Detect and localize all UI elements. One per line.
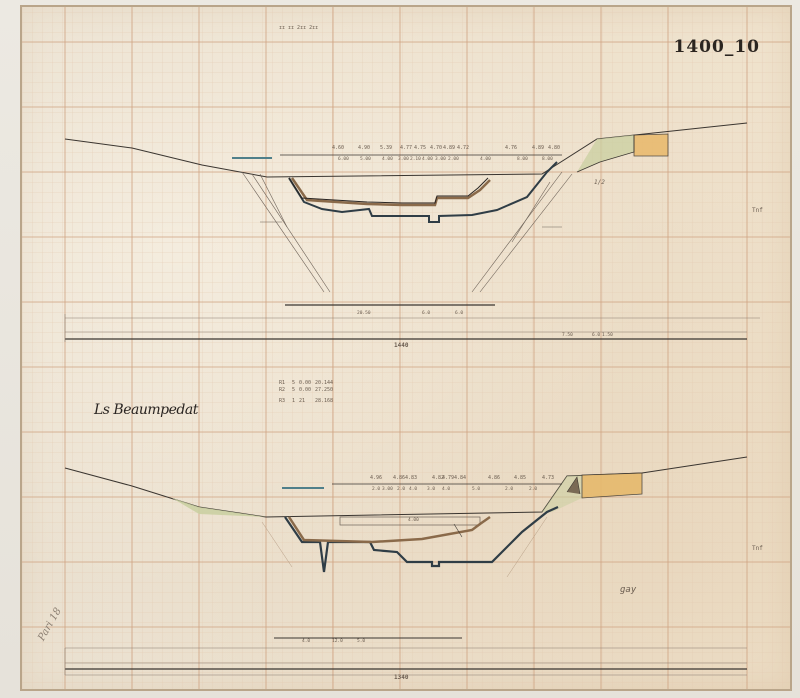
svg-text:6.0: 6.0 <box>422 310 430 316</box>
svg-text:4.89: 4.89 <box>532 145 544 151</box>
lower-side-label: Tnf <box>752 545 763 552</box>
svg-text:3.0: 3.0 <box>427 486 435 492</box>
svg-text:27.250: 27.250 <box>315 387 333 393</box>
svg-text:1.50: 1.50 <box>602 332 613 338</box>
svg-text:2.0: 2.0 <box>372 486 380 492</box>
sheet-number-stamp: 1400_10 <box>674 37 760 57</box>
svg-text:2.0: 2.0 <box>505 486 513 492</box>
svg-text:R1: R1 <box>279 380 285 386</box>
svg-text:4.0: 4.0 <box>442 486 450 492</box>
engineering-drawing: 4.60 4.90 5.39 4.77 4.75 4.70 4.89 4.72 … <box>22 7 790 689</box>
svg-text:2.00: 2.00 <box>448 156 459 162</box>
svg-text:7.50: 7.50 <box>562 332 573 338</box>
svg-text:4.60: 4.60 <box>332 145 344 151</box>
svg-text:4.80: 4.80 <box>548 145 560 151</box>
svg-text:8.00: 8.00 <box>542 156 553 162</box>
svg-text:20.50: 20.50 <box>357 310 371 316</box>
svg-text:4.00: 4.00 <box>480 156 491 162</box>
svg-text:4.85: 4.85 <box>514 475 526 481</box>
svg-text:3.00: 3.00 <box>382 486 393 492</box>
upper-segment-lengths: 6.00 5.00 4.00 3.00 2.10 4.00 3.00 2.00 … <box>338 156 553 162</box>
signature: Ls Beaumpedat <box>94 402 198 418</box>
svg-text:2.10: 2.10 <box>410 156 421 162</box>
svg-text:4.00: 4.00 <box>422 156 433 162</box>
svg-text:4.0: 4.0 <box>302 638 310 644</box>
svg-text:4.70: 4.70 <box>430 145 442 151</box>
upper-side-label: Tnf <box>752 207 763 214</box>
svg-text:0.00: 0.00 <box>299 380 311 386</box>
svg-text:4.00: 4.00 <box>408 517 419 523</box>
upper-datum-label: 1440 <box>394 342 409 349</box>
svg-text:4.79: 4.79 <box>442 475 454 481</box>
svg-text:4.72: 4.72 <box>457 145 469 151</box>
svg-text:12.0: 12.0 <box>332 638 343 644</box>
svg-text:4.90: 4.90 <box>358 145 370 151</box>
svg-text:4.0: 4.0 <box>409 486 417 492</box>
svg-text:R3: R3 <box>279 398 285 404</box>
top-pencil-note: ɪɪ ɪɪ 2ɪɪ 2ɪɪ <box>279 25 318 31</box>
svg-text:5: 5 <box>292 380 295 386</box>
svg-text:4.89: 4.89 <box>443 145 455 151</box>
svg-text:3.00: 3.00 <box>398 156 409 162</box>
svg-text:5.00: 5.00 <box>360 156 371 162</box>
lower-pencil-mark: gay <box>620 585 637 595</box>
svg-text:4.84: 4.84 <box>454 475 466 481</box>
drawing-sheet: 4.60 4.90 5.39 4.77 4.75 4.70 4.89 4.72 … <box>20 5 792 691</box>
lower-datum-label: 1340 <box>394 674 409 681</box>
svg-text:4.86: 4.86 <box>488 475 500 481</box>
svg-text:0.00: 0.00 <box>299 387 311 393</box>
svg-text:4.75: 4.75 <box>414 145 426 151</box>
svg-text:8.00: 8.00 <box>517 156 528 162</box>
svg-text:5.0: 5.0 <box>357 638 365 644</box>
svg-text:4.96: 4.96 <box>370 475 382 481</box>
svg-text:6.0: 6.0 <box>455 310 463 316</box>
svg-text:5.0: 5.0 <box>472 486 480 492</box>
svg-text:6.0: 6.0 <box>592 332 600 338</box>
svg-text:2.0: 2.0 <box>529 486 537 492</box>
svg-text:4.73: 4.73 <box>542 475 554 481</box>
svg-text:5.39: 5.39 <box>380 145 392 151</box>
svg-text:21: 21 <box>299 398 305 404</box>
svg-text:4.83: 4.83 <box>405 475 417 481</box>
svg-text:3.00: 3.00 <box>435 156 446 162</box>
svg-text:4.00: 4.00 <box>382 156 393 162</box>
svg-text:4.86: 4.86 <box>393 475 405 481</box>
svg-text:6.00: 6.00 <box>338 156 349 162</box>
svg-text:1: 1 <box>292 398 295 404</box>
svg-text:R2: R2 <box>279 387 285 393</box>
svg-text:4.77: 4.77 <box>400 145 412 151</box>
svg-text:4.76: 4.76 <box>505 145 517 151</box>
svg-text:28.168: 28.168 <box>315 398 333 404</box>
svg-text:5: 5 <box>292 387 295 393</box>
svg-text:20.144: 20.144 <box>315 380 333 386</box>
upper-slope-note: 1/2 <box>594 179 605 186</box>
svg-text:2.0: 2.0 <box>397 486 405 492</box>
